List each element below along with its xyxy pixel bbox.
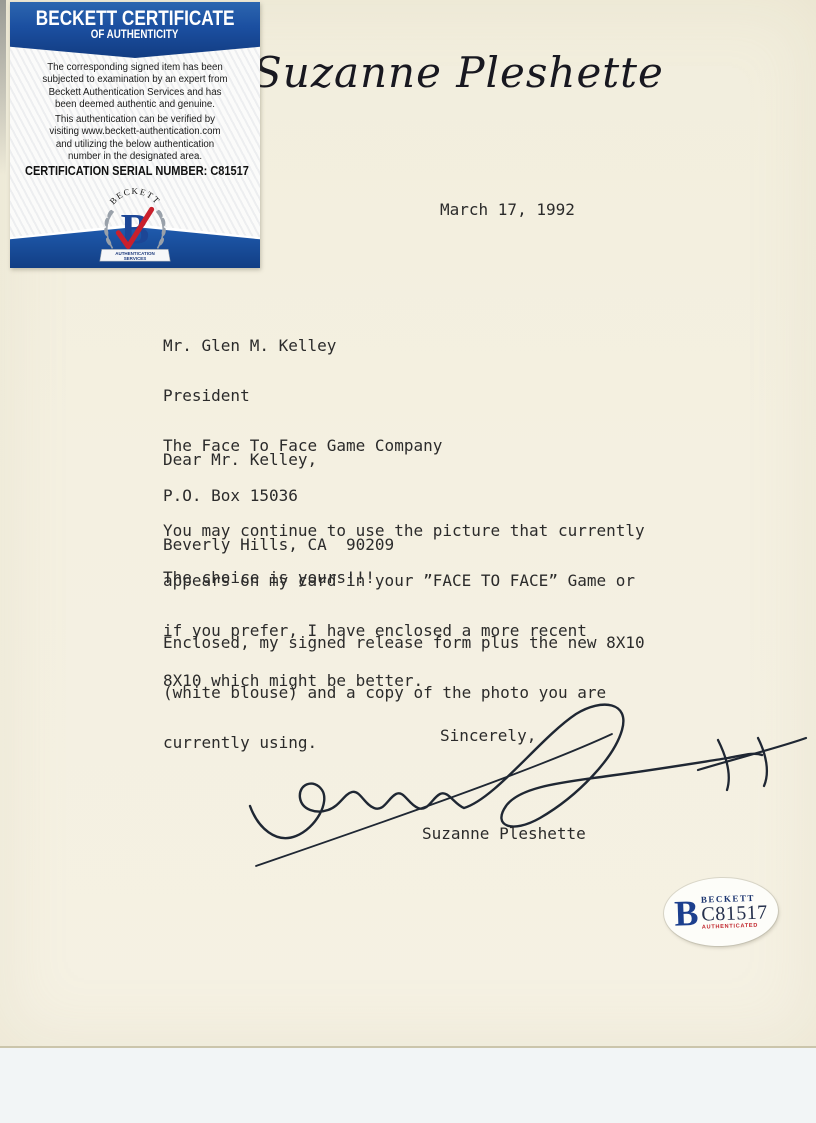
beckett-logo-arc-text: BECKETT	[108, 186, 163, 206]
coa-paragraph-line: This authentication can be verified by	[10, 114, 260, 126]
letter-date: March 17, 1992	[440, 202, 575, 219]
letter-paper: Suzanne Pleshette March 17, 1992 Mr. Gle…	[0, 0, 816, 1048]
auth-sticker-serial: C81517	[701, 902, 768, 924]
body-line: You may continue to use the picture that…	[163, 523, 645, 540]
coa-paragraph-line: number in the designated area.	[10, 151, 260, 163]
ribbon-text-line: SERVICES	[124, 256, 147, 261]
coa-subtitle: OF AUTHENTICITY	[91, 29, 179, 42]
handwritten-signature	[240, 698, 815, 878]
svg-text:BECKETT: BECKETT	[108, 186, 163, 206]
body-line: Enclosed, my signed release form plus th…	[163, 635, 645, 652]
coa-paragraph-1: The corresponding signed item has been s…	[10, 62, 260, 112]
auth-sticker-status: AUTHENTICATED	[702, 923, 758, 931]
coa-paragraph-line: and utilizing the below authentication	[10, 139, 260, 151]
coa-paragraph-line: subjected to examination by an expert fr…	[10, 74, 260, 86]
salutation: Dear Mr. Kelley,	[163, 452, 317, 469]
letterhead-script-name: Suzanne Pleshette	[253, 48, 664, 97]
coa-banner: BECKETT CERTIFICATE OF AUTHENTICITY	[10, 2, 260, 58]
beckett-monogram: B	[674, 895, 699, 932]
coa-serial-number: CERTIFICATION SERIAL NUMBER: C81517	[25, 164, 245, 178]
scan-background	[0, 1048, 816, 1123]
logo-ribbon: AUTHENTICATION SERVICES	[100, 249, 170, 261]
coa-paragraph-2: This authentication can be verified by v…	[10, 114, 260, 164]
typed-signature-name: Suzanne Pleshette	[422, 826, 586, 843]
beckett-logo: BECKETT B	[93, 182, 177, 268]
coa-paragraph-line: The corresponding signed item has been	[10, 62, 260, 74]
beckett-authenticated-sticker: B BECKETT C81517 AUTHENTICATED	[663, 876, 779, 948]
body-paragraph-2: The choice is yours!!!	[163, 570, 375, 587]
scanned-letter-photo: Suzanne Pleshette March 17, 1992 Mr. Gle…	[0, 0, 816, 1123]
coa-paragraph-line: visiting www.beckett-authentication.com	[10, 126, 260, 138]
coa-paragraph-line: been deemed authentic and genuine.	[10, 99, 260, 111]
scan-edge-shadow	[0, 0, 6, 175]
address-line: President	[163, 388, 442, 405]
coa-title: BECKETT CERTIFICATE	[36, 8, 235, 29]
address-line: Mr. Glen M. Kelley	[163, 338, 442, 355]
beckett-logo-monogram: B	[121, 207, 150, 254]
beckett-coa-sticker: BECKETT CERTIFICATE OF AUTHENTICITY The …	[10, 2, 260, 268]
coa-paragraph-line: Beckett Authentication Services and has	[10, 87, 260, 99]
